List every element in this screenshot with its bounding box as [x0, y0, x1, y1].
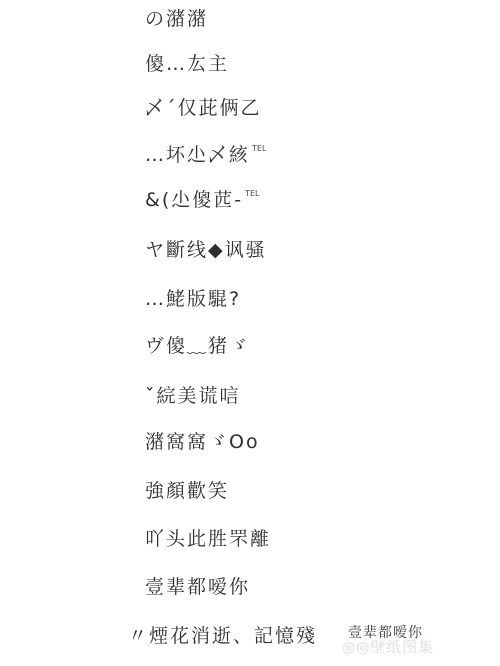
nickname-line: の潴潴 [145, 10, 208, 29]
nickname-list-page: の潴潴 傻…厷主 乄´仅茈俩乙 …坏尐乄絯TEL &(尐傻苉-TEL ヤ斷线◆讽… [0, 0, 500, 666]
side-note: 壹辈都嗳你 [348, 622, 423, 642]
nickname-superscript: TEL [252, 144, 266, 153]
nickname-text: ヴ傻﹏猪ゞ [145, 335, 250, 357]
nickname-text: ヤ斷线◆讽骚 [145, 239, 267, 261]
nickname-text: 傻…厷主 [145, 53, 229, 75]
nickname-text: 〃煙花消逝、記憶殘 [128, 625, 317, 647]
nickname-superscript: TEL [245, 189, 259, 198]
nickname-text: …鮱版騉? [145, 288, 241, 310]
nickname-text: …坏尐乄絯 [145, 144, 250, 166]
side-note-text: 壹辈都嗳你 [348, 625, 423, 641]
nickname-line: 強顏歡笑 [145, 482, 229, 501]
nickname-line: 乄´仅茈俩乙 [145, 99, 262, 118]
nickname-line: ヴ傻﹏猪ゞ [145, 337, 250, 356]
nickname-text: 潴窩窩ゞOo [145, 431, 260, 453]
nickname-line: 吖头此胜罘離 [145, 530, 271, 549]
nickname-line: 潴窩窩ゞOo [145, 433, 260, 452]
nickname-text: ˇ綄美谎唁 [145, 385, 241, 407]
nickname-text: 壹辈都嗳你 [145, 576, 250, 598]
nickname-line: 〃煙花消逝、記憶殘 [128, 627, 317, 646]
nickname-text: 強顏歡笑 [145, 480, 229, 502]
nickname-line: …坏尐乄絯TEL [145, 145, 266, 165]
nickname-line: ˇ綄美谎唁 [145, 387, 241, 406]
nickname-line: 傻…厷主 [145, 55, 229, 74]
nickname-line: 壹辈都嗳你 [145, 578, 250, 597]
nickname-text: &(尐傻苉- [145, 189, 243, 211]
nickname-line: ヤ斷线◆讽骚 [145, 241, 267, 260]
nickname-text: の潴潴 [145, 8, 208, 30]
nickname-line: &(尐傻苉-TEL [145, 190, 260, 210]
nickname-text: 吖头此胜罘離 [145, 528, 271, 550]
nickname-text: 乄´仅茈俩乙 [145, 97, 262, 119]
nickname-line: …鮱版騉? [145, 290, 241, 309]
